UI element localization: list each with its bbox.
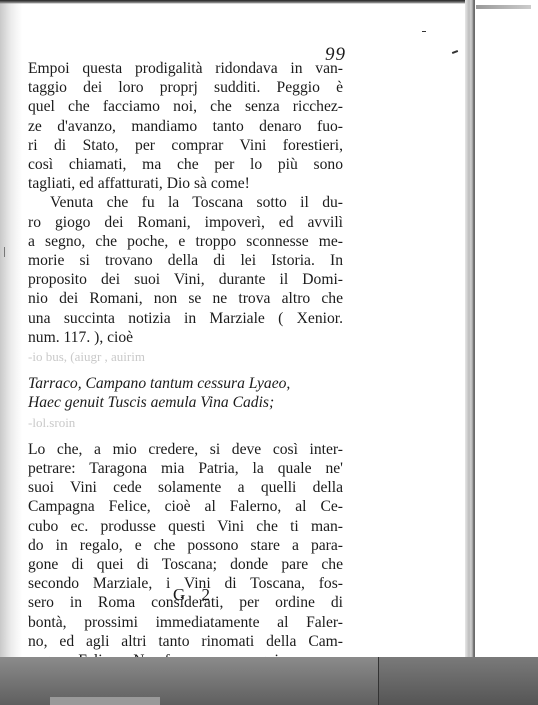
bleed-through-text: -io bus, (aiugr , auirim [28, 347, 343, 366]
text-line: ri di Stato, per comprar Vini forestieri… [28, 136, 343, 155]
page-top-edge [0, 0, 470, 4]
ink-speck [452, 50, 458, 54]
scan-shadow [0, 0, 22, 705]
text-line: morie si trovano della di lei Istoria. I… [28, 251, 343, 270]
facing-page-top-edge [476, 5, 531, 9]
text-line: suoi Vini cede solamente a quelli della [28, 478, 343, 497]
text-line: no, ed agli altri tanto rinomati della C… [28, 632, 343, 651]
text-line: petrare: Taragona mia Patria, la quale n… [28, 459, 343, 478]
ink-speck [4, 247, 5, 257]
text-line: quel che facciamo noi, che senza ricchez… [28, 97, 343, 116]
text-line: Campagna Felice, cioè al Falerno, al Ce- [28, 497, 343, 516]
text-line: Venuta che fu la Toscana sotto il du- [28, 193, 343, 212]
text-line: do in regalo, e che possono stare a para… [28, 536, 343, 555]
text-line: una succinta notizia in Marziale ( Xenio… [28, 309, 343, 328]
scanner-bottom-edge [0, 657, 538, 705]
text-line: gone di quei di Toscana; donde pare che [28, 555, 343, 574]
text-line: Lo che, a mio credere, si deve così inte… [28, 440, 343, 459]
book-gutter [465, 0, 475, 663]
text-line: bontà, prossimi immediatamente al Faler- [28, 613, 343, 632]
text-line: cubo ec. produsse questi Vini che ti man… [28, 517, 343, 536]
text-line: num. 117. ), cioè [28, 328, 343, 347]
text-line: ro giogo dei Romani, impoverì, ed avvilì [28, 213, 343, 232]
signature-mark: G 2 [173, 585, 216, 605]
text-line: nio dei Romani, non se ne trova altro ch… [28, 289, 343, 308]
text-line: taggio dei loro proprj sudditi. Peggio è [28, 78, 343, 97]
bleed-through-text: -lol.sroin [28, 413, 343, 432]
text-line: Empoi questa prodigalità ridondava in va… [28, 59, 343, 78]
text-line: tagliati, ed affatturati, Dio sà come! [28, 174, 343, 193]
verse-line: Tarraco, Campano tantum cessura Lyaeo, [28, 374, 343, 393]
text-line: ze d'avanzo, mandiamo tanto denaro fuo- [28, 117, 343, 136]
verse-line: Haec genuit Tuscis aemula Vina Cadis; [28, 393, 343, 412]
text-line: proposito dei suoi Vini, durante il Domi… [28, 270, 343, 289]
ink-speck [422, 31, 426, 32]
text-line: a segno, che poche, e troppo sconnesse m… [28, 232, 343, 251]
text-line: così chiamati, ma che per lo più sono [28, 155, 343, 174]
